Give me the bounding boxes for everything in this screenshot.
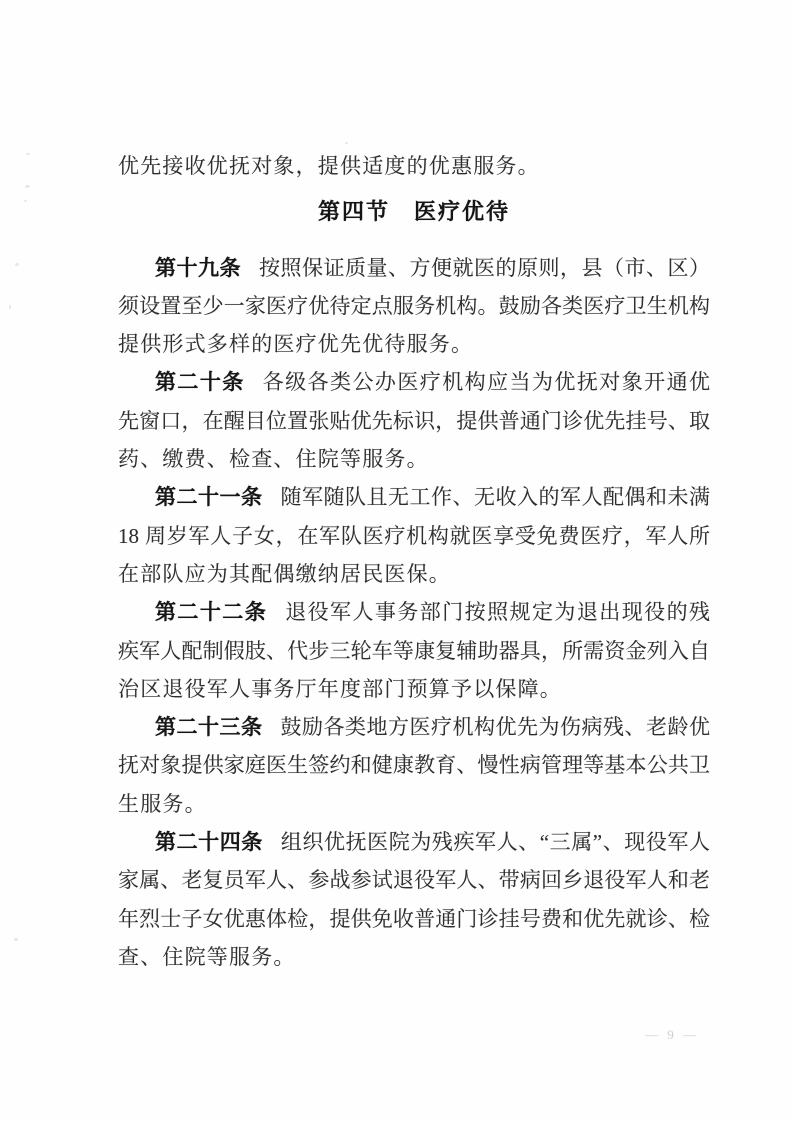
article-text-line: 提供形式多样的医疗优先优待服务。 [118, 325, 710, 363]
scanned-document-page: 优先接收优抚对象，提供适度的优惠服务。第四节 医疗优待第十九条按照保证质量、方便… [0, 0, 793, 1121]
article-text-line: 在部队应为其配偶缴纳居民医保。 [118, 555, 710, 593]
article-first-line-text: 组织优抚医院为残疾军人、“三属”、现役军人 [281, 830, 710, 854]
article-text-line: 先窗口，在醒目位置张贴优先标识，提供普通门诊优先挂号、取 [118, 402, 710, 440]
paragraph-continuation-line: 优先接收优抚对象，提供适度的优惠服务。 [118, 147, 710, 185]
article-text-line: 抚对象提供家庭医生签约和健康教育、慢性病管理等基本公共卫 [118, 746, 710, 784]
scan-speck [14, 938, 18, 941]
section-heading: 第四节 医疗优待 [118, 193, 710, 231]
article-text-line: 药、缴费、检查、住院等服务。 [118, 440, 710, 478]
page-number: — 9 — [612, 1027, 732, 1043]
article-number: 第十九条 [155, 256, 241, 280]
article-first-line-text: 随军随队且无工作、无收入的军人配偶和未满 [281, 485, 711, 509]
article-text-line: 第二十三条鼓励各类地方医疗机构优先为伤病残、老龄优 [118, 708, 710, 746]
article-text-line: 生服务。 [118, 785, 710, 823]
scan-speck [24, 200, 27, 202]
article-text-line: 第十九条按照保证质量、方便就医的原则，县（市、区） [118, 249, 710, 287]
article-number: 第二十二条 [155, 600, 267, 624]
article-text-line: 第二十条各级各类公办医疗机构应当为优抚对象开通优 [118, 363, 710, 401]
article-number: 第二十三条 [155, 715, 263, 739]
article-text-line: 查、住院等服务。 [118, 938, 710, 976]
scan-speck [15, 263, 19, 266]
article-first-line-text: 各级各类公办医疗机构应当为优抚对象开通优 [263, 370, 710, 394]
article-text-line: 第二十二条退役军人事务部门按照规定为退出现役的残 [118, 593, 710, 631]
article-first-line-text: 鼓励各类地方医疗机构优先为伤病残、老龄优 [281, 715, 711, 739]
article-first-line-text: 按照保证质量、方便就医的原则，县（市、区） [259, 256, 710, 280]
article-first-line-text: 退役军人事务部门按照规定为退出现役的残 [285, 600, 710, 624]
scan-speck [345, 142, 348, 144]
article-text-line: 须设置至少一家医疗优待定点服务机构。鼓励各类医疗卫生机构 [118, 287, 710, 325]
article-text-line: 疾军人配制假肢、代步三轮车等康复辅助器具，所需资金列入自 [118, 632, 710, 670]
scan-speck [26, 153, 30, 155]
article-text-line: 18 周岁军人子女，在军队医疗机构就医享受免费医疗，军人所 [118, 517, 710, 555]
document-body: 优先接收优抚对象，提供适度的优惠服务。第四节 医疗优待第十九条按照保证质量、方便… [118, 147, 710, 976]
article-text-line: 第二十四条组织优抚医院为残疾军人、“三属”、现役军人 [118, 823, 710, 861]
article-text-line: 治区退役军人事务厅年度部门预算予以保障。 [118, 670, 710, 708]
article-number: 第二十条 [155, 370, 245, 394]
article-number: 第二十一条 [155, 485, 263, 509]
article-number: 第二十四条 [155, 830, 263, 854]
article-text-line: 第二十一条随军随队且无工作、无收入的军人配偶和未满 [118, 478, 710, 516]
scan-speck [9, 305, 11, 309]
article-text-line: 年烈士子女优惠体检，提供免收普通门诊挂号费和优先就诊、检 [118, 900, 710, 938]
scan-speck [25, 185, 30, 188]
article-text-line: 家属、老复员军人、参战参试退役军人、带病回乡退役军人和老 [118, 861, 710, 899]
